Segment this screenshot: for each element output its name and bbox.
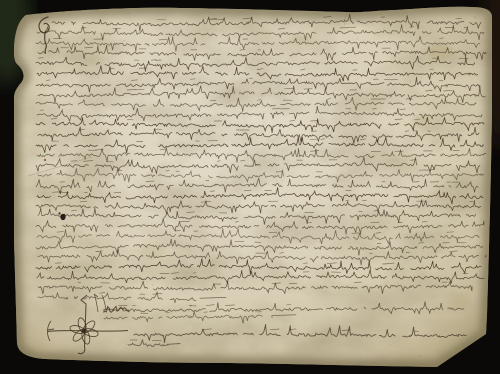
speckle	[148, 52, 149, 53]
speckle	[371, 50, 372, 51]
speckle	[97, 77, 99, 79]
speckle	[123, 40, 125, 42]
speckle	[116, 37, 117, 38]
speckle	[410, 81, 412, 83]
speckle	[452, 132, 453, 133]
speckle	[474, 17, 476, 19]
speckle	[27, 45, 28, 46]
speckle	[389, 160, 390, 161]
ink-blot	[58, 212, 60, 214]
stain	[412, 115, 430, 127]
speckle	[281, 265, 282, 266]
ink-blot	[60, 214, 65, 220]
speckle	[120, 54, 121, 55]
speckle	[414, 326, 416, 328]
speckle	[329, 327, 330, 328]
speckle	[388, 222, 389, 223]
speckle	[357, 39, 358, 40]
speckle	[447, 163, 448, 164]
speckle	[256, 278, 257, 279]
speckle	[343, 318, 344, 319]
stain	[450, 293, 470, 307]
speckle	[319, 241, 321, 243]
speckle	[465, 286, 466, 287]
speckle	[250, 26, 251, 27]
speckle	[379, 111, 380, 112]
speckle	[152, 284, 154, 286]
speckle	[250, 348, 252, 350]
photo-frame	[0, 0, 500, 374]
speckle	[81, 294, 82, 295]
speckle	[57, 305, 59, 307]
speckle	[333, 183, 334, 184]
speckle	[41, 263, 43, 265]
speckle	[50, 173, 51, 174]
speckle	[469, 239, 470, 240]
speckle	[334, 295, 335, 296]
speckle	[245, 131, 246, 132]
speckle	[72, 81, 73, 82]
manuscript-photograph	[0, 0, 500, 374]
speckle	[420, 355, 422, 357]
speckle	[426, 127, 428, 129]
speckle	[148, 199, 150, 201]
speckle	[314, 318, 315, 319]
speckle	[268, 252, 269, 253]
speckle	[338, 262, 340, 264]
speckle	[113, 351, 114, 352]
stain	[87, 55, 103, 65]
speckle	[125, 343, 127, 345]
speckle	[480, 218, 482, 220]
speckle	[170, 114, 171, 115]
speckle	[423, 250, 424, 251]
rust-dot	[44, 159, 46, 161]
speckle	[93, 314, 94, 315]
speckle	[391, 344, 392, 345]
speckle	[226, 13, 227, 14]
stain	[427, 44, 453, 60]
speckle	[303, 16, 304, 17]
speckle	[308, 40, 309, 41]
speckle	[232, 281, 234, 283]
speckle	[243, 267, 244, 268]
speckle	[252, 60, 253, 61]
speckle	[204, 185, 205, 186]
